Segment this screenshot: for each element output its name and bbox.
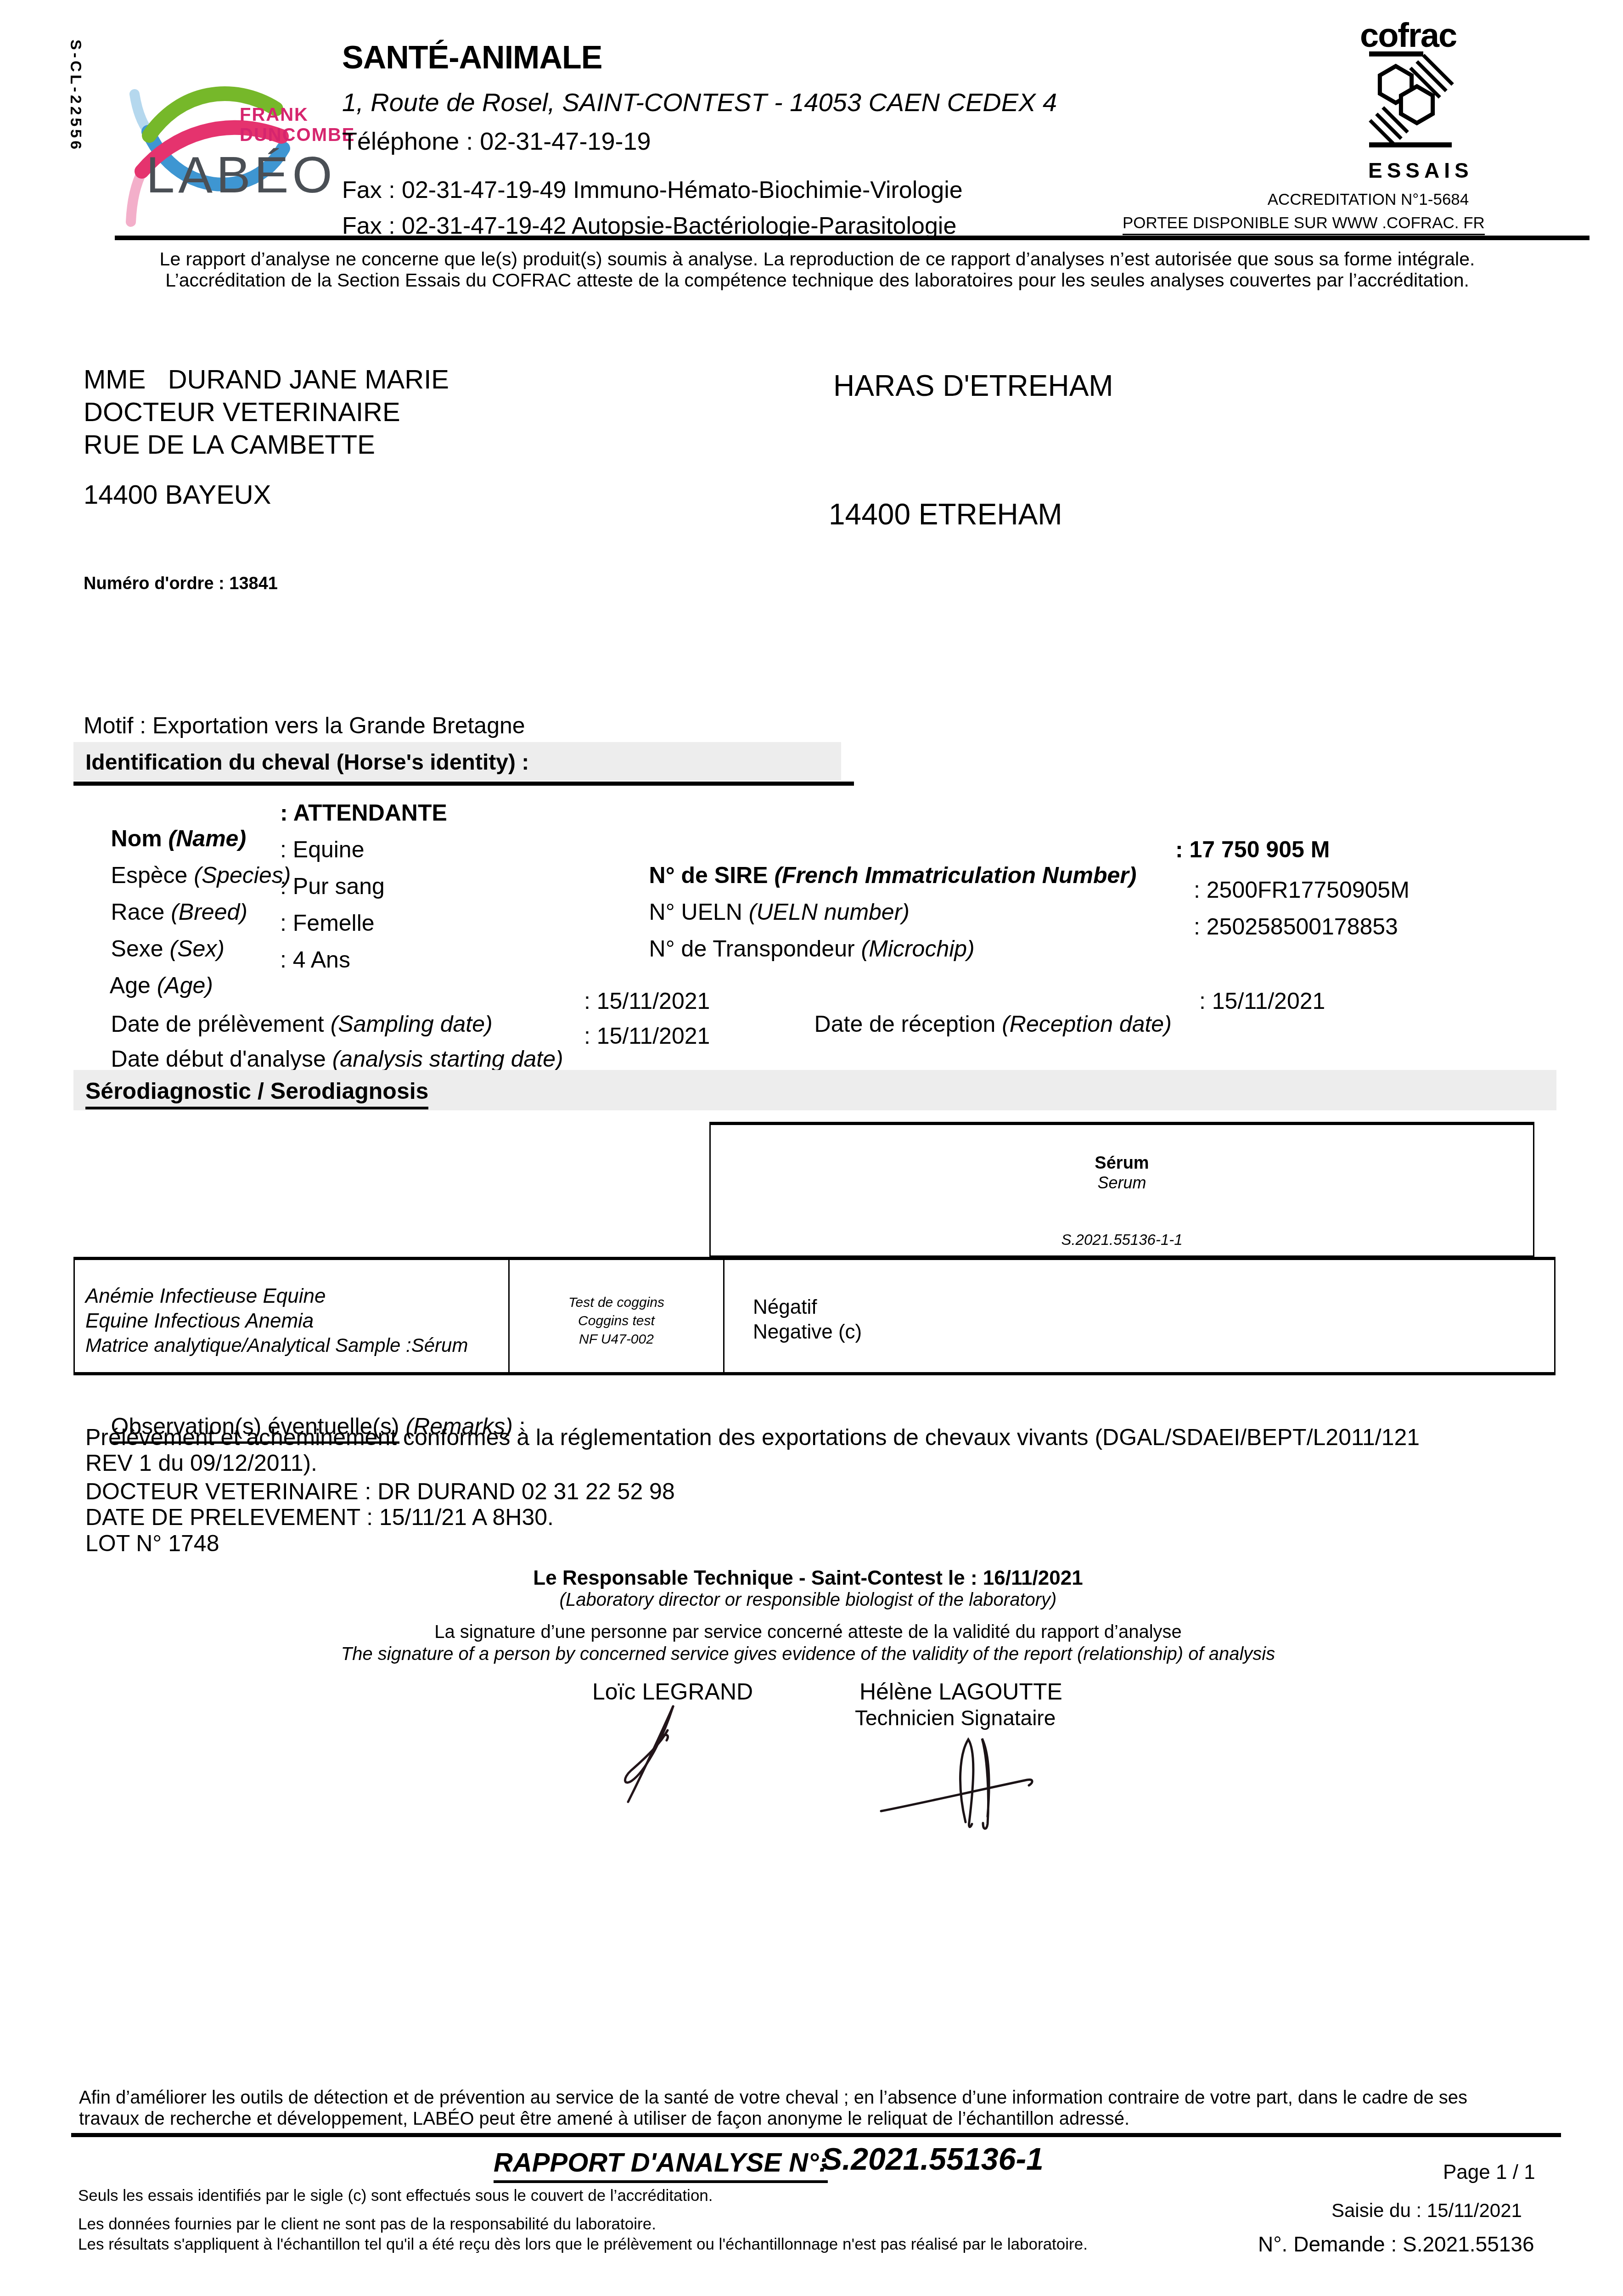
cofrac-accreditation: ACCREDITATION N°1-5684 [1267,191,1469,208]
method-norm: NF U47-002 [510,1332,723,1347]
identity-chip-label-fr: N° de Transpondeur [649,936,861,962]
sampling-date-value: : 15/11/2021 [584,988,710,1014]
owner-name: HARAS D'ETREHAM [833,370,1113,403]
footer-note2: Les données fournies par le client ne so… [78,2215,656,2233]
method-name-fr: Test de coggins [510,1295,723,1311]
method-name-en: Coggins test [510,1313,723,1329]
report-number-value: S.2021.55136-1 [813,2142,1044,2177]
footer-note3: Les résultats s'appliquent à l'échantill… [78,2235,1088,2253]
analysis-date-value: : 15/11/2021 [584,1023,710,1049]
reception-date-label: Date de réception (Reception date) [789,985,1172,1063]
identity-chip-value: : 250258500178853 [1194,914,1398,940]
report-number-label: RAPPORT D'ANALYSE N°: [494,2148,828,2178]
attestation-en: The signature of a person by concerned s… [326,1644,1290,1665]
analysis-date-label-en: (analysis starting date) [332,1046,563,1072]
department-title: SANTÉ-ANIMALE [342,39,602,75]
lab-fax1: Fax : 02-31-47-19-49 Immuno-Hémato-Bioch… [342,177,963,203]
remarks-line1: Prélèvement et acheminement conformes à … [85,1424,1420,1450]
identity-name-value: : ATTENDANTE [280,800,447,826]
saisie-date: Saisie du : 15/11/2021 [1331,2200,1522,2221]
result-en: Negative (c) [753,1321,862,1343]
serology-section-title-text: Sérodiagnostic / Serodiagnosis [85,1078,428,1109]
footer-rule [71,2133,1561,2137]
lab-phone: Téléphone : 02-31-47-19-19 [342,128,651,155]
logo-brand-line1: FRANK [240,105,309,125]
privacy-line2: travaux de recherche et développement, L… [79,2109,1129,2129]
report-number-label-text: RAPPORT D'ANALYSE N°: [494,2148,828,2183]
cofrac-portee: PORTEE DISPONIBLE SUR WWW .COFRAC. FR [1123,214,1485,232]
attestation-fr: La signature d’une personne par service … [326,1622,1290,1643]
page-indicator: Page 1 / 1 [1443,2161,1535,2183]
analysis-row-divider2 [723,1257,724,1375]
cofrac-portee-text: PORTEE DISPONIBLE SUR WWW .COFRAC. FR [1123,214,1485,235]
signer2-role: Technicien Signataire [855,1706,1056,1730]
reception-date-value: : 15/11/2021 [1199,988,1325,1014]
identity-species-value: : Equine [280,837,364,862]
signature-lagoutte [875,1732,1040,1829]
result-fr: Négatif [753,1296,817,1318]
logo-name: LABÉO [146,146,336,203]
serum-header-en: Serum [709,1174,1534,1192]
identity-ueln-value: : 2500FR17750905M [1194,877,1410,903]
order-number: Numéro d'ordre : 13841 [84,574,278,594]
analysis-name-en: Equine Infectious Anemia [85,1310,314,1332]
remarks-line4: DATE DE PRELEVEMENT : 15/11/21 A 8H30. [85,1504,554,1530]
identity-sex-value: : Femelle [280,910,375,936]
remarks-line5: LOT N° 1748 [85,1531,219,1556]
recipient-line3: RUE DE LA CAMBETTE [84,430,375,460]
recipient-line1: MME DURAND JANE MARIE [84,365,449,395]
serology-section-title: Sérodiagnostic / Serodiagnosis [85,1078,428,1104]
owner-city: 14400 ETREHAM [829,498,1062,531]
identity-age-value: : 4 Ans [280,947,350,973]
recipient-line2: DOCTEUR VETERINAIRE [84,398,400,428]
identity-breed-value: : Pur sang [280,873,385,899]
recipient-city: 14400 BAYEUX [84,480,271,510]
remarks-line2: REV 1 du 09/12/2011). [85,1450,317,1476]
identity-sire-value: : 17 750 905 M [1175,837,1330,862]
logo-brand-line2: DUNCOMBE [240,125,355,146]
demande-number: N°. Demande : S.2021.55136 [1258,2233,1534,2257]
identity-chip-label-en: (Microchip) [861,936,975,962]
lab-address: 1, Route de Rosel, SAINT-CONTEST - 14053… [342,88,1057,117]
serum-header-fr: Sérum [709,1154,1534,1173]
analysis-matrix: Matrice analytique/Analytical Sample :Sé… [85,1334,468,1356]
serum-sample-id: S.2021.55136-1-1 [709,1232,1534,1249]
cofrac-word: cofrac [1360,17,1456,55]
cofrac-logo-graphic-icon [1369,51,1452,152]
notice-line1: Le rapport d’analyse ne concerne que le(… [73,249,1561,270]
cofrac-essais: ESSAIS [1368,159,1473,183]
analysis-name-fr: Anémie Infectieuse Equine [85,1285,326,1307]
identity-section-title: Identification du cheval (Horse's identi… [85,750,529,775]
reception-date-label-en: (Reception date) [1002,1011,1172,1037]
side-code: S-CL-22556 [67,39,84,152]
notice-line2: L’accréditation de la Section Essais du … [73,270,1561,291]
responsible-line: Le Responsable Technique - Saint-Contest… [326,1567,1290,1589]
identity-chip-label: N° de Transpondeur (Microchip) [623,910,975,987]
analysis-report-page: S-CL-22556 FRANK DUNCOMBE LABÉO SANTÉ-AN… [0,0,1623,2296]
identity-section-rule [73,782,854,786]
signature-legrand [615,1700,716,1806]
responsible-line-en: (Laboratory director or responsible biol… [326,1590,1290,1610]
remarks-line3: DOCTEUR VETERINAIRE : DR DURAND 02 31 22… [85,1479,675,1504]
privacy-line1: Afin d’améliorer les outils de détection… [79,2088,1467,2108]
header-rule [115,236,1589,240]
footer-note1: Seuls les essais identifiés par le sigle… [78,2187,713,2205]
reception-date-label-fr: Date de réception [814,1011,1002,1037]
motif-line: Motif : Exportation vers la Grande Breta… [84,713,525,738]
analysis-date-label-fr: Date début d'analyse [111,1046,332,1072]
signer2-name: Hélène LAGOUTTE [859,1679,1062,1705]
